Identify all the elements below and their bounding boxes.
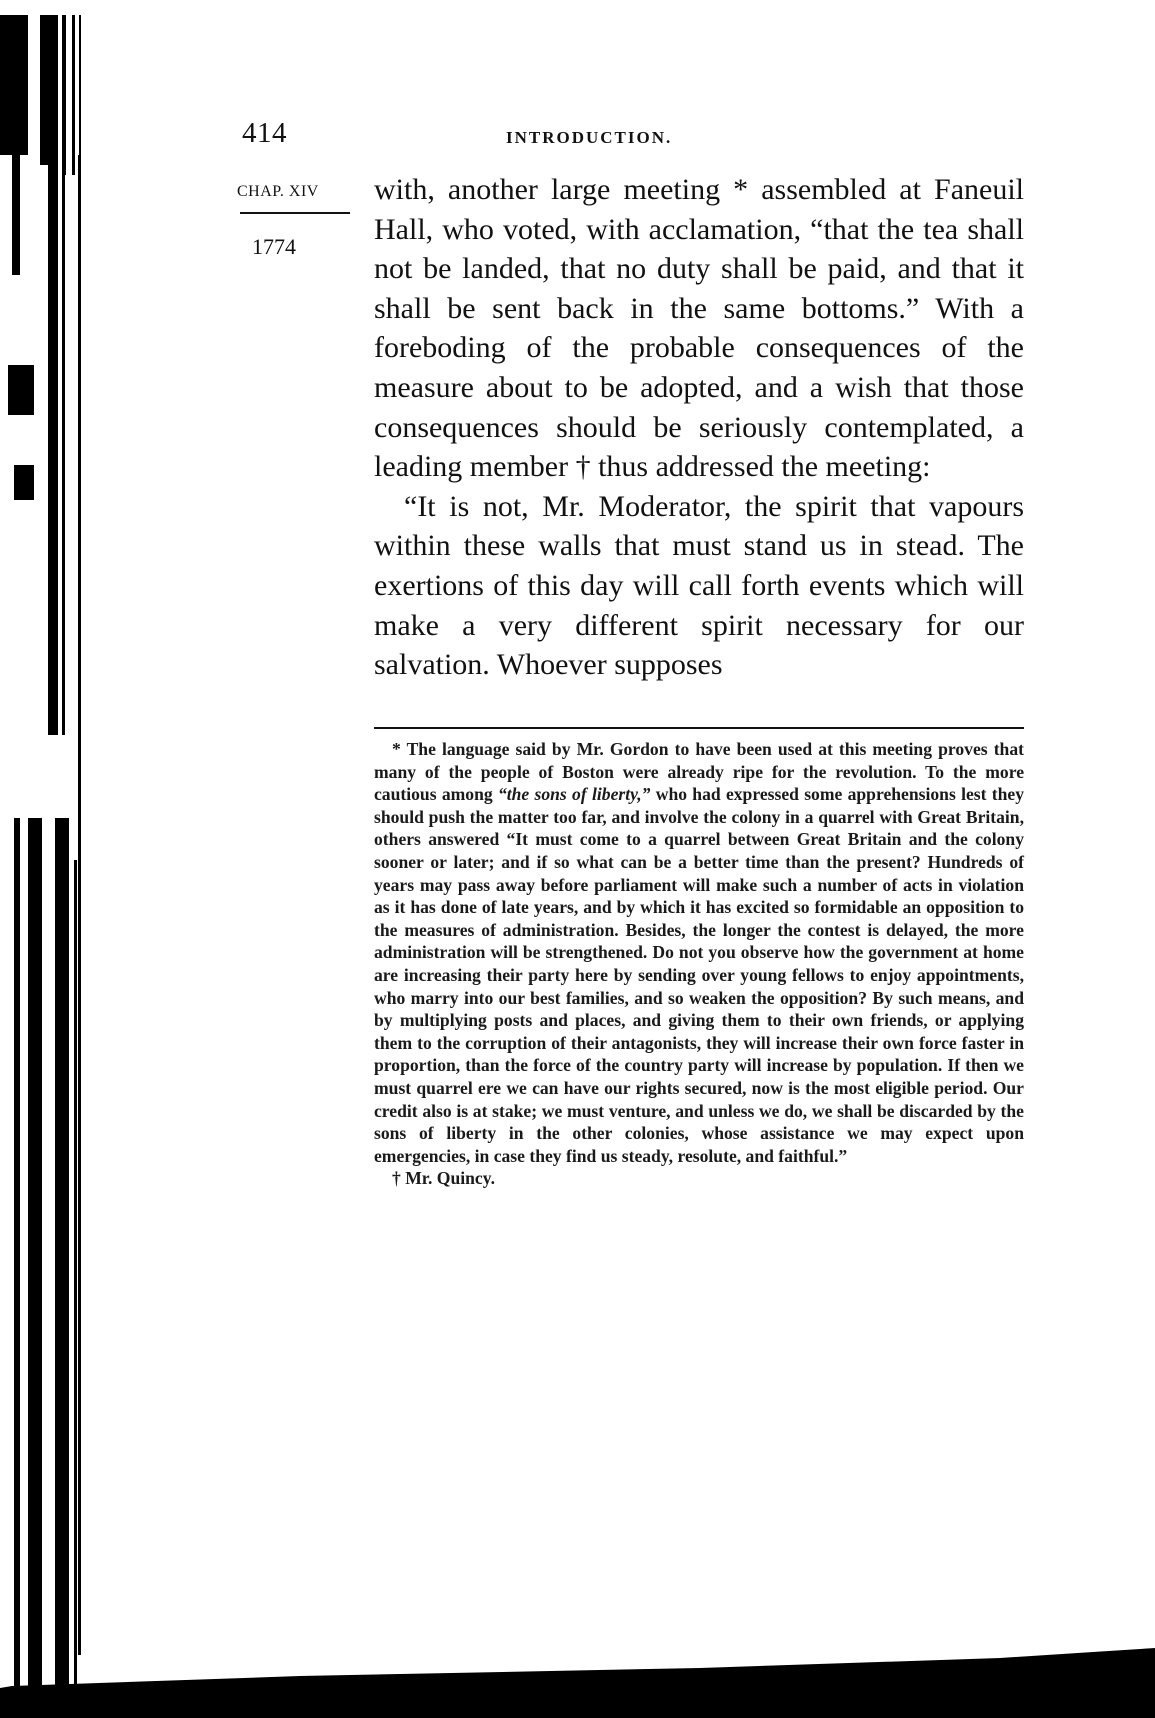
- body-paragraph: with, another large meeting * assembled …: [374, 170, 1024, 487]
- footnotes: * The language said by Mr. Gordon to hav…: [374, 738, 1024, 1190]
- body-text: with, another large meeting * assembled …: [374, 170, 1024, 685]
- scanned-binding-edge: [0, 0, 95, 1690]
- margin-rule: [240, 212, 350, 214]
- page-number: 414: [242, 117, 287, 150]
- margin-year-note: 1774: [252, 234, 296, 260]
- margin-chapter-note: CHAP. XIV: [237, 183, 319, 201]
- scanned-bottom-edge: [0, 1628, 1155, 1718]
- footnote-text: who had expressed some apprehensions les…: [374, 784, 1024, 1166]
- footnote-dagger: † Mr. Quincy.: [374, 1167, 1024, 1190]
- footnote-italic-text: “the sons of liberty,”: [498, 784, 651, 804]
- running-head: INTRODUCTION.: [506, 128, 672, 148]
- footnote-rule: [374, 727, 1024, 729]
- body-paragraph: “It is not, Mr. Moderator, the spirit th…: [374, 487, 1024, 685]
- footnote-star: * The language said by Mr. Gordon to hav…: [374, 738, 1024, 1167]
